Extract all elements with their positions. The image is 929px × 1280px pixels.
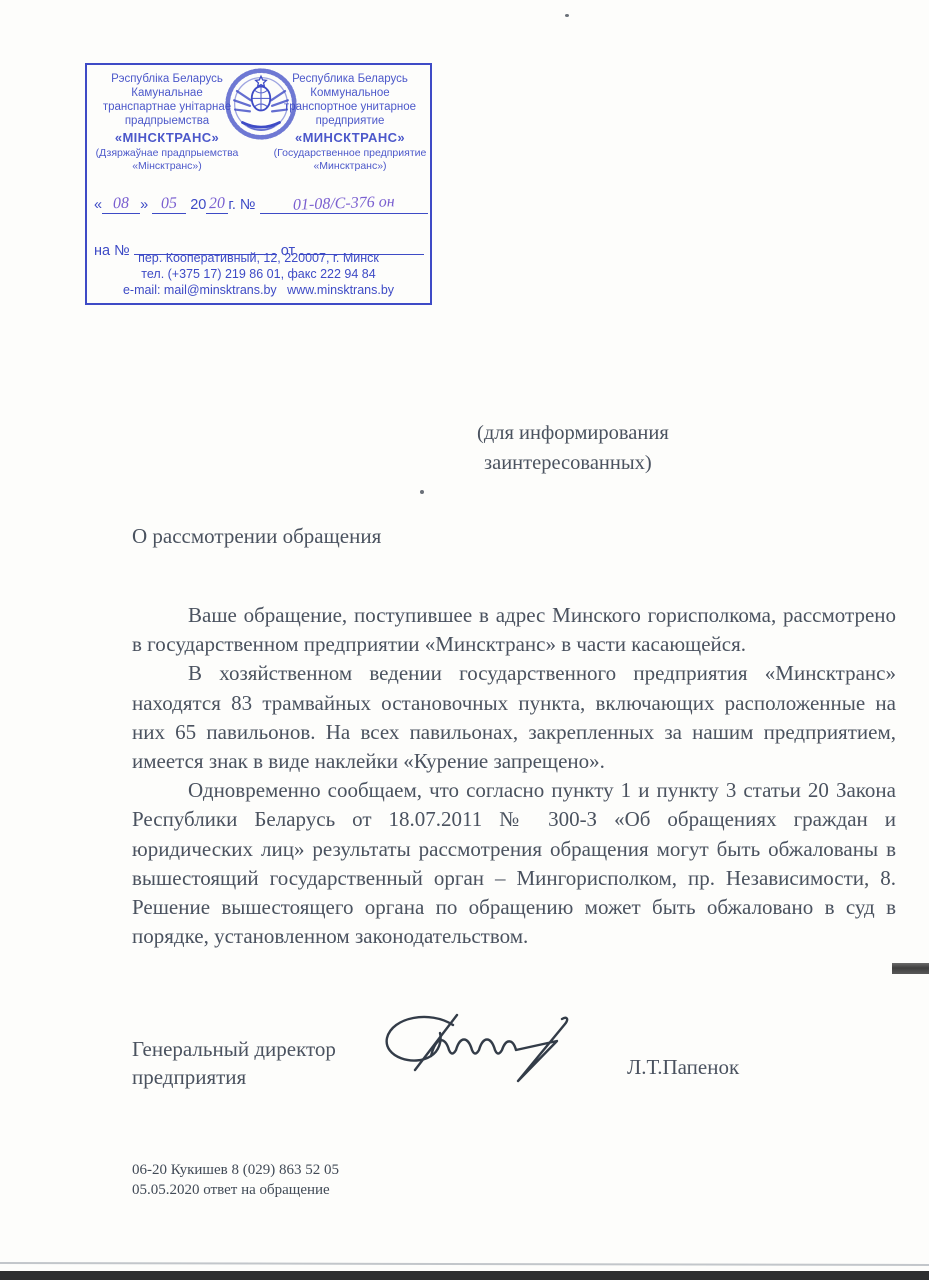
stamp-postal-address: пер. Кооперативный, 12, 220007, г. Минск	[87, 250, 430, 266]
stamp-company-sub-ru-1: (Государственное предприятие	[272, 147, 428, 160]
stamp-contact-block: пер. Кооперативный, 12, 220007, г. Минск…	[87, 250, 430, 298]
stamp-date-number-line: «08» 05 2020г. № 01-08/С-376 он	[94, 196, 444, 214]
handwritten-month: 05	[161, 195, 178, 214]
stamp-company-sub-by-1: (Дзяржаўнае прадпрыемства	[89, 147, 245, 160]
date-open-quote: «	[94, 197, 102, 213]
stamp-russian-column: Республика Беларусь Коммунальное транспо…	[272, 72, 428, 173]
stamp-belarusian-column: Рэспубліка Беларусь Камунальнае транспар…	[89, 72, 245, 173]
date-day-blank: 08	[102, 196, 140, 214]
outgoing-number-blank: 01-08/С-376 он	[260, 196, 428, 214]
scan-speck	[420, 490, 424, 494]
body-paragraph-1: Ваше обращение, поступившее в адрес Минс…	[132, 601, 896, 659]
date-year-suffix: г. №	[228, 197, 255, 213]
stamp-org-by-2: транспартнае унітарнае	[89, 100, 245, 114]
stamp-email-web: e-mail: mail@minsktrans.by www.minsktran…	[87, 282, 430, 298]
stamp-org-by-1: Камунальнае	[89, 86, 245, 100]
letterhead-stamp: Рэспубліка Беларусь Камунальнае транспар…	[85, 63, 432, 305]
stamp-org-ru-2: транспортное унитарное	[272, 100, 428, 114]
signer-role: Генеральный директор предприятия	[132, 1035, 336, 1091]
stamp-company-sub-ru-2: «Минсктранс»)	[272, 160, 428, 173]
date-close-quote: »	[140, 197, 148, 213]
scanned-letter-page: Рэспубліка Беларусь Камунальнае транспар…	[0, 0, 929, 1280]
scan-bottom-edge	[0, 1271, 929, 1280]
executor-date-note: 05.05.2020 ответ на обращение	[132, 1181, 339, 1201]
scan-edge-mark	[892, 963, 929, 974]
signer-name: Л.Т.Папенок	[627, 1055, 739, 1080]
date-month-blank: 05	[152, 196, 186, 214]
letter-subject: О рассмотрении обращения	[132, 524, 381, 549]
stamp-country-by: Рэспубліка Беларусь	[89, 72, 245, 86]
executor-contact: 06-20 Кукишев 8 (029) 863 52 05	[132, 1161, 339, 1181]
annotation-line-1: (для информирования	[477, 418, 669, 448]
scan-speck	[565, 14, 569, 17]
signer-role-line-1: Генеральный директор	[132, 1035, 336, 1063]
letter-body: Ваше обращение, поступившее в адрес Минс…	[132, 601, 896, 951]
annotation-line-2: заинтересованных)	[477, 448, 669, 478]
body-paragraph-3: Одновременно сообщаем, что согласно пунк…	[132, 776, 896, 951]
stamp-company-name-by: «МІНСКТРАНС»	[89, 128, 245, 147]
date-year-prefix: 20	[190, 197, 206, 213]
date-year-blank: 20	[206, 196, 228, 214]
body-paragraph-2: В хозяйственном ведении государственного…	[132, 659, 896, 776]
handwritten-year: 20	[209, 195, 226, 214]
stamp-company-name-ru: «МИНСКТРАНС»	[272, 128, 428, 147]
executor-footer: 06-20 Кукишев 8 (029) 863 52 05 05.05.20…	[132, 1161, 339, 1200]
stamp-company-sub-by-2: «Мінсктранс»)	[89, 160, 245, 173]
stamp-org-by-3: прадпрыемства	[89, 114, 245, 128]
handwritten-day: 08	[113, 195, 130, 214]
stamp-country-ru: Республика Беларусь	[272, 72, 428, 86]
handwritten-signature-icon	[368, 1008, 578, 1108]
stamp-org-ru-1: Коммунальное	[272, 86, 428, 100]
recipient-annotation: (для информирования заинтересованных)	[477, 418, 669, 478]
signer-role-line-2: предприятия	[132, 1063, 336, 1091]
stamp-org-ru-3: предприятие	[272, 114, 428, 128]
stamp-phone-fax: тел. (+375 17) 219 86 01, факс 222 94 84	[87, 266, 430, 282]
handwritten-outgoing-number: 01-08/С-376 он	[292, 193, 394, 215]
scan-fold-line	[0, 1262, 929, 1266]
